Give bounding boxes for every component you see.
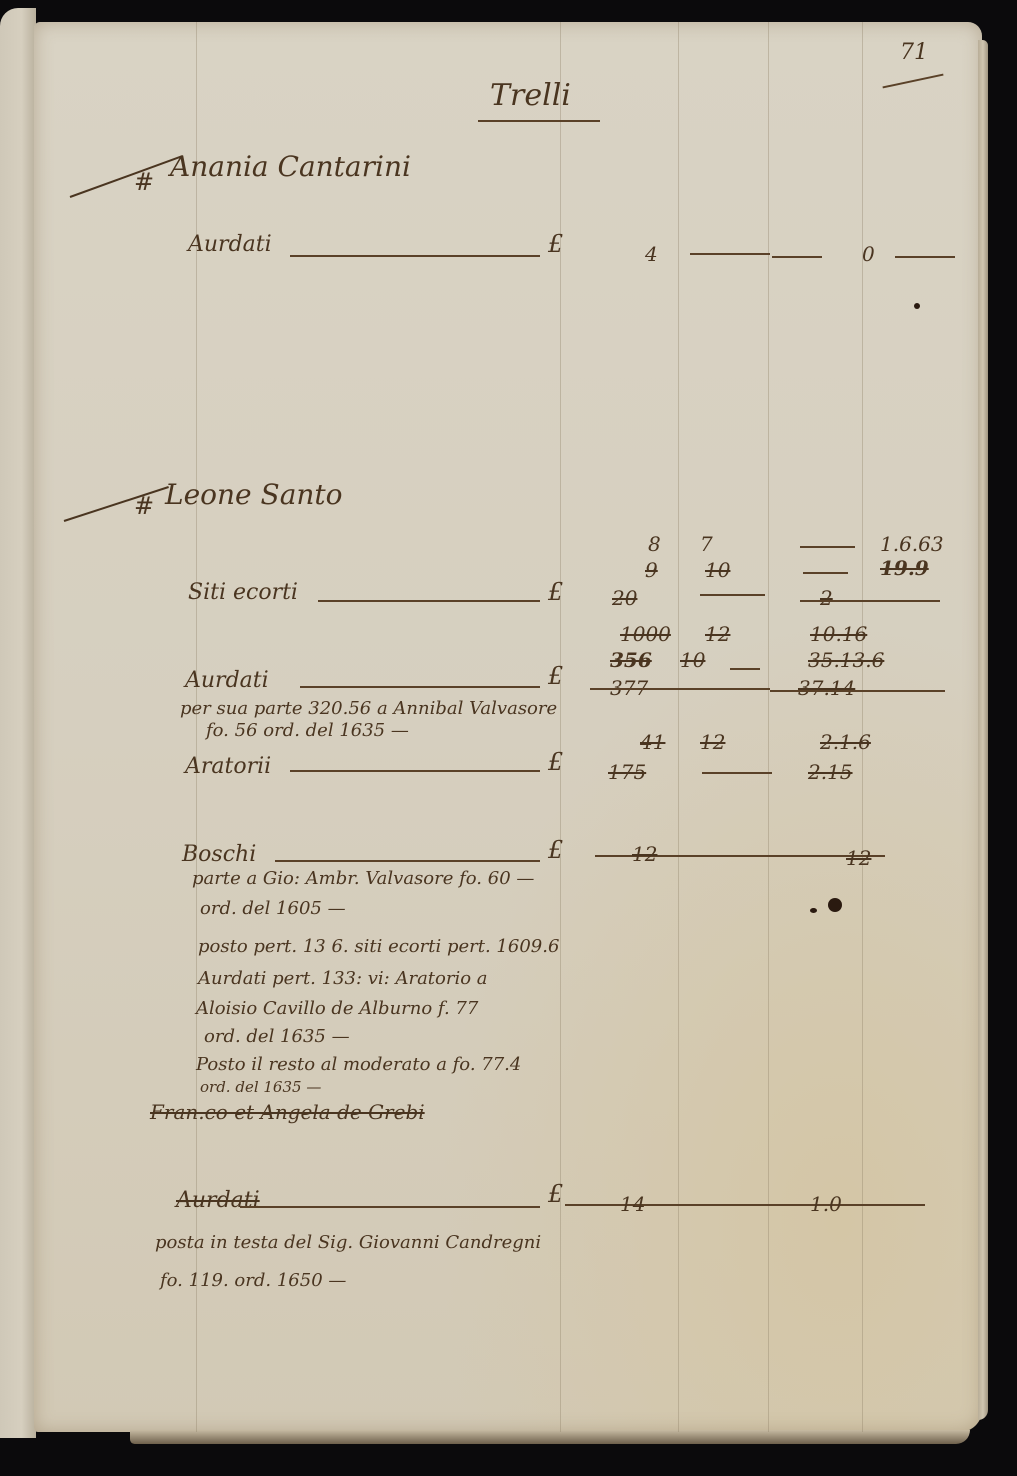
lira-mark: £ (548, 1180, 563, 1208)
amount-soldi: 12 (700, 730, 725, 754)
lira-mark: £ (548, 230, 563, 258)
entry-note: Aloisio Cavillo de Alburno f. 77 (196, 998, 478, 1019)
amount-total: 2.15 (808, 760, 853, 784)
entry-note: posta in testa del Sig. Giovanni Candreg… (155, 1232, 541, 1253)
amount-soldi: 12 (705, 622, 730, 646)
lira-mark: £ (548, 662, 563, 690)
amount-lire: 9 (645, 558, 658, 582)
amount-lire: 20 (612, 586, 637, 610)
section-heading: Anania Cantarini (170, 150, 411, 183)
amount-lire: 1000 (620, 622, 671, 646)
amount-dash (803, 572, 848, 574)
lira-mark: £ (548, 578, 563, 606)
ruled-line (678, 22, 679, 1432)
amount-dash (690, 253, 770, 255)
ruled-line (862, 22, 863, 1432)
amount-dash (895, 256, 955, 258)
entry-label: Aurdati (176, 1188, 260, 1213)
amount-dash (730, 668, 760, 670)
ink-blot (810, 908, 817, 913)
entry-note: ord. del 1635 — (204, 1026, 350, 1047)
amount-total: 2 (820, 586, 833, 610)
amount-lire: 175 (608, 760, 646, 784)
entry-label: Aratorii (185, 754, 271, 779)
amount-total: 19.9 (880, 556, 929, 580)
strike-line (565, 1204, 925, 1206)
ink-blot (914, 303, 920, 309)
section-heading: Leone Santo (165, 478, 343, 511)
amount-lire: 41 (640, 730, 665, 754)
amount-total: 1.0 (810, 1192, 842, 1216)
entry-note: parte a Gio: Ambr. Valvasore fo. 60 — (192, 868, 534, 889)
leader-line (300, 686, 540, 688)
strike-line (770, 690, 945, 692)
amount-denari: 0 (862, 242, 875, 266)
entry-note: fo. 56 ord. del 1635 — (206, 720, 409, 741)
amount-lire: 4 (645, 242, 658, 266)
page-edge-right (978, 40, 988, 1420)
amount-lire: 356 (610, 648, 652, 672)
leader-line (240, 1206, 540, 1208)
facing-page-edge (0, 8, 36, 1438)
amount-total: 10.16 (810, 622, 867, 646)
entry-note: fo. 119. ord. 1650 — (160, 1270, 346, 1291)
manuscript-page (34, 22, 982, 1432)
amount-dash (800, 546, 855, 548)
amount-lire: 14 (620, 1192, 645, 1216)
entry-label: Siti ecorti (188, 580, 298, 605)
amount-lire: 12 (632, 842, 657, 866)
amount-soldi: 10 (680, 648, 705, 672)
page-title: Trelli (490, 78, 571, 113)
entry-note: posto pert. 13 6. siti ecorti pert. 1609… (198, 936, 559, 957)
section-mark-icon: # (134, 492, 154, 520)
leader-line (290, 770, 540, 772)
folio-number: 71 (900, 40, 928, 65)
ruled-line (768, 22, 769, 1432)
amount-dash (700, 594, 765, 596)
amount-lire: 8 (648, 532, 661, 556)
entry-note: Aurdati pert. 133: vi: Aratorio a (198, 968, 488, 989)
leader-line (290, 255, 540, 257)
section-mark-icon: # (134, 168, 154, 196)
amount-total: 35.13.6 (808, 648, 884, 672)
entry-note: Posto il resto al moderato a fo. 77.4 (196, 1054, 521, 1075)
amount-dash (772, 256, 822, 258)
entry-label: Boschi (182, 842, 256, 867)
entry-note: ord. del 1635 — (200, 1078, 321, 1096)
leader-line (275, 860, 540, 862)
entry-label: Aurdati (185, 668, 269, 693)
entry-note: per sua parte 320.56 a Annibal Valvasore (180, 698, 557, 719)
amount-dash (702, 772, 772, 774)
amount-total: 1.6.63 (880, 532, 944, 556)
title-underline (478, 120, 600, 122)
leader-line (318, 600, 540, 602)
amount-total: 12 (846, 846, 871, 870)
ink-blot (828, 898, 842, 912)
strike-line (590, 688, 770, 690)
strike-line (800, 600, 940, 602)
amount-soldi: 7 (700, 532, 713, 556)
amount-soldi: 10 (705, 558, 730, 582)
amount-total: 37.14 (798, 676, 855, 700)
entry-note-struck: Fran.co et Angela de Grebi (150, 1100, 425, 1124)
page-edge-bottom (130, 1430, 970, 1444)
entry-label: Aurdati (188, 232, 272, 257)
lira-mark: £ (548, 836, 563, 864)
entry-note: ord. del 1605 — (200, 898, 346, 919)
amount-total: 2.1.6 (820, 730, 871, 754)
lira-mark: £ (548, 748, 563, 776)
